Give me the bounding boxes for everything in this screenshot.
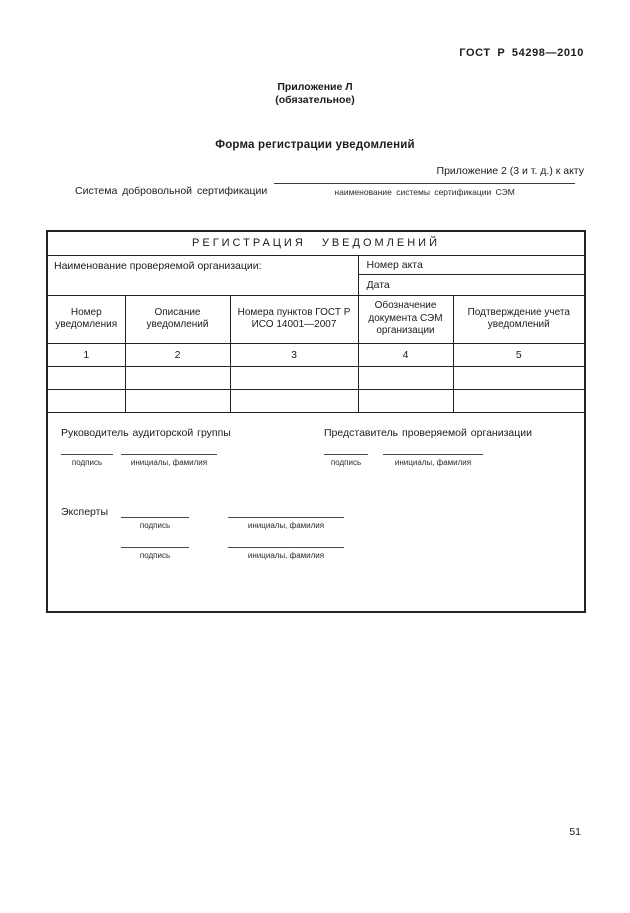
empty-cell — [230, 389, 358, 412]
empty-cell — [47, 389, 125, 412]
column-number: 5 — [453, 343, 585, 366]
signature-field: подпись — [61, 454, 113, 467]
name-field: инициалы, фамилия — [383, 454, 483, 467]
cert-system-row: Система добровольной сертификации наимен… — [75, 183, 575, 197]
empty-cell — [358, 366, 453, 389]
empty-cell — [47, 366, 125, 389]
representative-signature-lines: подпись инициалы, фамилия — [324, 454, 483, 467]
column-number: 4 — [358, 343, 453, 366]
column-header-document-designation: Обозначение документа СЭМ организации — [358, 295, 453, 343]
experts-label: Эксперты — [61, 506, 108, 518]
annex-type: (обязательное) — [0, 94, 630, 107]
audit-leader-signature-lines: подпись инициалы, фамилия — [61, 454, 217, 467]
name-field: инициалы, фамилия — [228, 547, 344, 560]
empty-cell — [125, 366, 230, 389]
name-caption: инициалы, фамилия — [248, 548, 324, 560]
table-empty-row — [47, 389, 585, 412]
audit-leader-label: Руководитель аудиторской группы — [61, 427, 231, 439]
org-name-label: Наименование проверяемой организации: — [47, 255, 358, 295]
name-caption: инициалы, фамилия — [395, 455, 471, 467]
signature-field: подпись — [121, 517, 189, 530]
signature-section: Руководитель аудиторской группы подпись … — [47, 412, 585, 612]
signature-field: подпись — [121, 547, 189, 560]
cert-system-line-caption: наименование системы сертификации СЭМ — [274, 184, 575, 197]
expert-signature-lines: подпись инициалы, фамилия — [121, 517, 344, 530]
signature-field: подпись — [324, 454, 368, 467]
annex-heading: Приложение Л (обязательное) — [0, 81, 630, 106]
empty-cell — [230, 366, 358, 389]
name-field: инициалы, фамилия — [121, 454, 217, 467]
signature-caption: подпись — [140, 548, 170, 560]
empty-cell — [453, 389, 585, 412]
doc-number: ГОСТ Р 54298—2010 — [459, 47, 584, 59]
signature-caption: подпись — [72, 455, 102, 467]
column-header-confirmation: Подтверждение учета уведомлений — [453, 295, 585, 343]
column-header-row: Номер уведомления Описание уведомлений Н… — [47, 295, 585, 343]
registration-table: РЕГИСТРАЦИЯ УВЕДОМЛЕНИЙ Наименование про… — [46, 230, 586, 613]
representative-label: Представитель проверяемой организации — [324, 427, 532, 439]
table-title-row: РЕГИСТРАЦИЯ УВЕДОМЛЕНИЙ — [47, 231, 585, 255]
act-number-label: Номер акта — [358, 255, 585, 274]
table-title: РЕГИСТРАЦИЯ УВЕДОМЛЕНИЙ — [47, 231, 585, 255]
column-number: 1 — [47, 343, 125, 366]
org-row: Наименование проверяемой организации: Но… — [47, 255, 585, 274]
column-header-clause-numbers: Номера пунктов ГОСТ Р ИСО 14001—2007 — [230, 295, 358, 343]
cert-system-label: Система добровольной сертификации — [75, 185, 274, 197]
cert-system-field: наименование системы сертификации СЭМ — [274, 183, 575, 197]
column-number-row: 1 2 3 4 5 — [47, 343, 585, 366]
annex-title: Приложение Л — [0, 81, 630, 94]
name-caption: инициалы, фамилия — [131, 455, 207, 467]
name-field: инициалы, фамилия — [228, 517, 344, 530]
column-header-notification-number: Номер уведомления — [47, 295, 125, 343]
page-number: 51 — [569, 826, 581, 838]
signature-caption: подпись — [331, 455, 361, 467]
empty-cell — [125, 389, 230, 412]
column-header-description: Описание уведомлений — [125, 295, 230, 343]
date-label: Дата — [358, 274, 585, 295]
empty-cell — [358, 389, 453, 412]
column-number: 3 — [230, 343, 358, 366]
expert-signature-lines: подпись инициалы, фамилия — [121, 547, 344, 560]
column-number: 2 — [125, 343, 230, 366]
empty-cell — [453, 366, 585, 389]
table-empty-row — [47, 366, 585, 389]
form-title: Форма регистрации уведомлений — [0, 139, 630, 151]
document-page: ГОСТ Р 54298—2010 Приложение Л (обязател… — [0, 0, 630, 913]
signature-caption: подпись — [140, 518, 170, 530]
name-caption: инициалы, фамилия — [248, 518, 324, 530]
annex-note: Приложение 2 (3 и т. д.) к акту — [437, 165, 584, 177]
signature-section-row: Руководитель аудиторской группы подпись … — [47, 412, 585, 612]
